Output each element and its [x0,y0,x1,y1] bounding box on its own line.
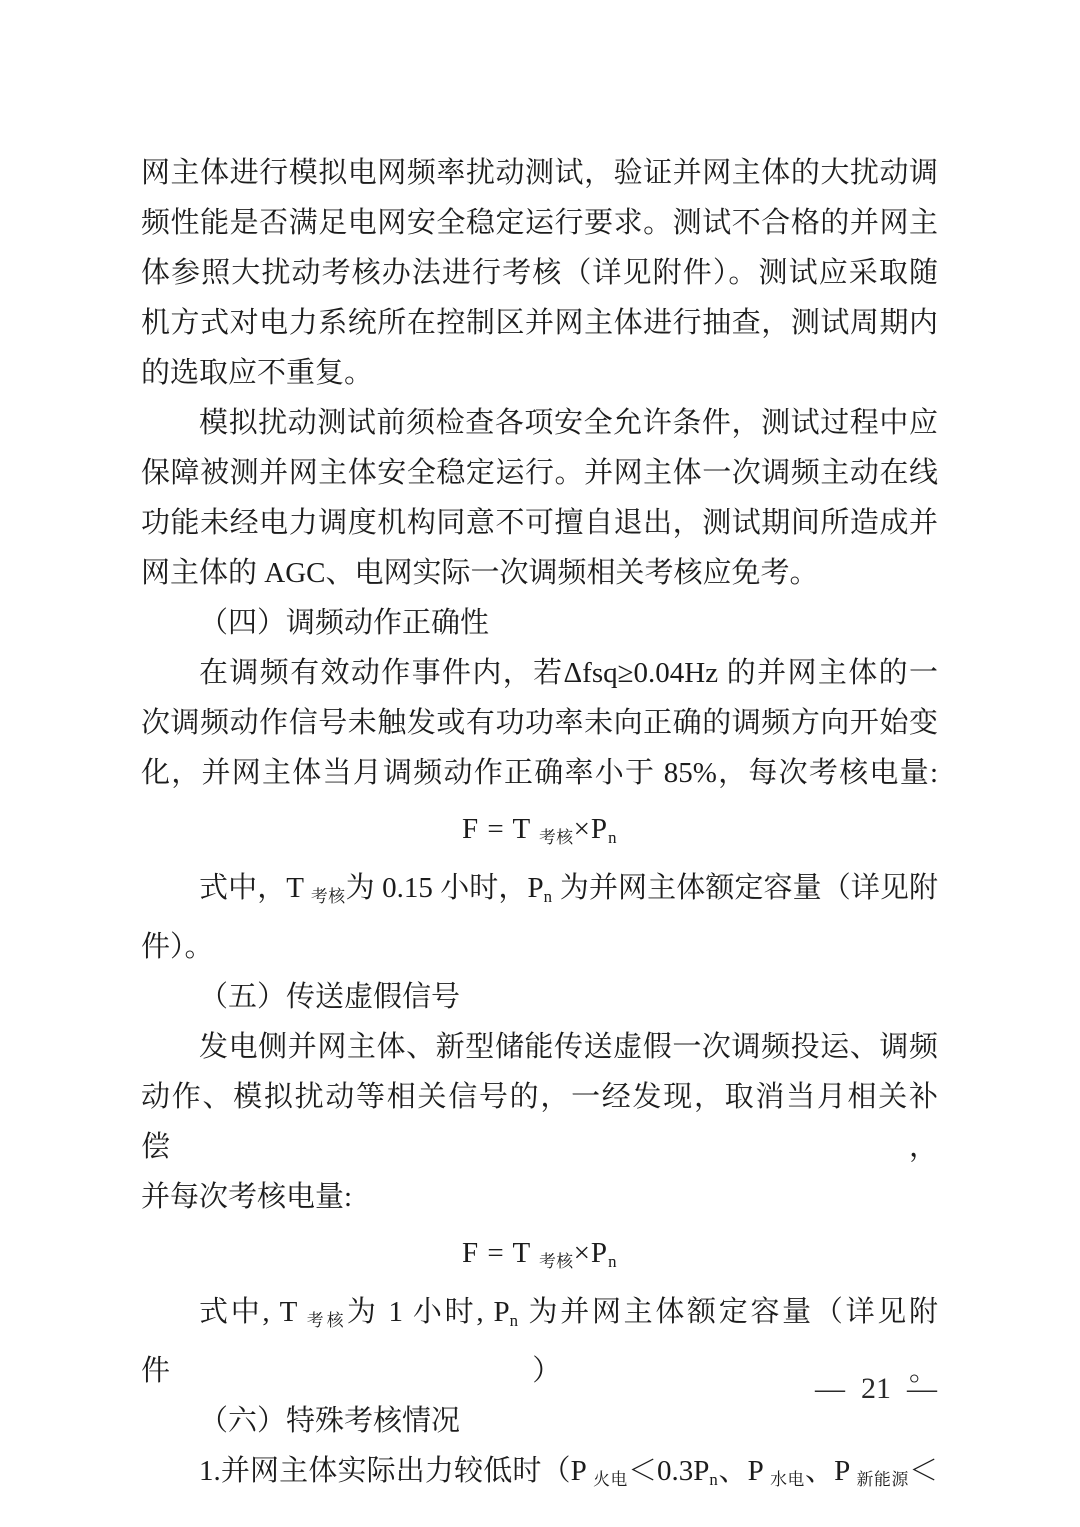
text-line: 化，并网主体当月调频动作正确率小于 85%，每次考核电量: [141,748,938,798]
text-line: 1.并网主体实际出力较低时（P 火电＜0.3Pn、P 水电、P 新能源＜ [141,1446,938,1505]
formula-line: F = T 考核×Pn [141,1228,938,1287]
text-line: 网主体进行模拟电网频率扰动测试，验证并网主体的大扰动调 [141,148,938,198]
text-line: 保障被测并网主体安全稳定运行。并网主体一次调频主动在线 [141,448,938,498]
text-line: 模拟扰动测试前须检查各项安全允许条件，测试过程中应 [141,398,938,448]
text-line: 频性能是否满足电网安全稳定运行要求。测试不合格的并网主 [141,198,938,248]
page-number: 21 [861,1372,891,1406]
footer-dash-right: — [907,1372,937,1406]
text-line: 动作、模拟扰动等相关信号的，一经发现，取消当月相关补偿， [141,1072,938,1172]
text-line: 网主体的 AGC、电网实际一次调频相关考核应免考。 [141,548,938,598]
footer-dash-left: — [815,1372,845,1406]
text-line: 并每次考核电量: [141,1172,938,1222]
page-footer: — 21 — [815,1372,937,1406]
text-line: 次调频动作信号未触发或有功功率未向正确的调频方向开始变 [141,698,938,748]
document-content: 网主体进行模拟电网频率扰动测试，验证并网主体的大扰动调 频性能是否满足电网安全稳… [141,148,938,1505]
text-line: 的选取应不重复。 [141,348,938,398]
text-line: 体参照大扰动考核办法进行考核（详见附件）。测试应采取随 [141,248,938,298]
text-line: 式中，T 考核为 0.15 小时，Pn 为并网主体额定容量（详见附 [141,863,938,922]
section-heading: （五）传送虚假信号 [141,972,938,1022]
text-line: 发电侧并网主体、新型储能传送虚假一次调频投运、调频 [141,1022,938,1072]
formula-line: F = T 考核×Pn [141,804,938,863]
text-line: 在调频有效动作事件内，若Δfsq≥0.04Hz 的并网主体的一 [141,648,938,698]
document-page: 网主体进行模拟电网频率扰动测试，验证并网主体的大扰动调 频性能是否满足电网安全稳… [0,0,1080,1527]
text-line: 件）。 [141,922,938,972]
text-line: 机方式对电力系统所在控制区并网主体进行抽查，测试周期内 [141,298,938,348]
text-line: 功能未经电力调度机构同意不可擅自退出，测试期间所造成并 [141,498,938,548]
section-heading: （四）调频动作正确性 [141,598,938,648]
